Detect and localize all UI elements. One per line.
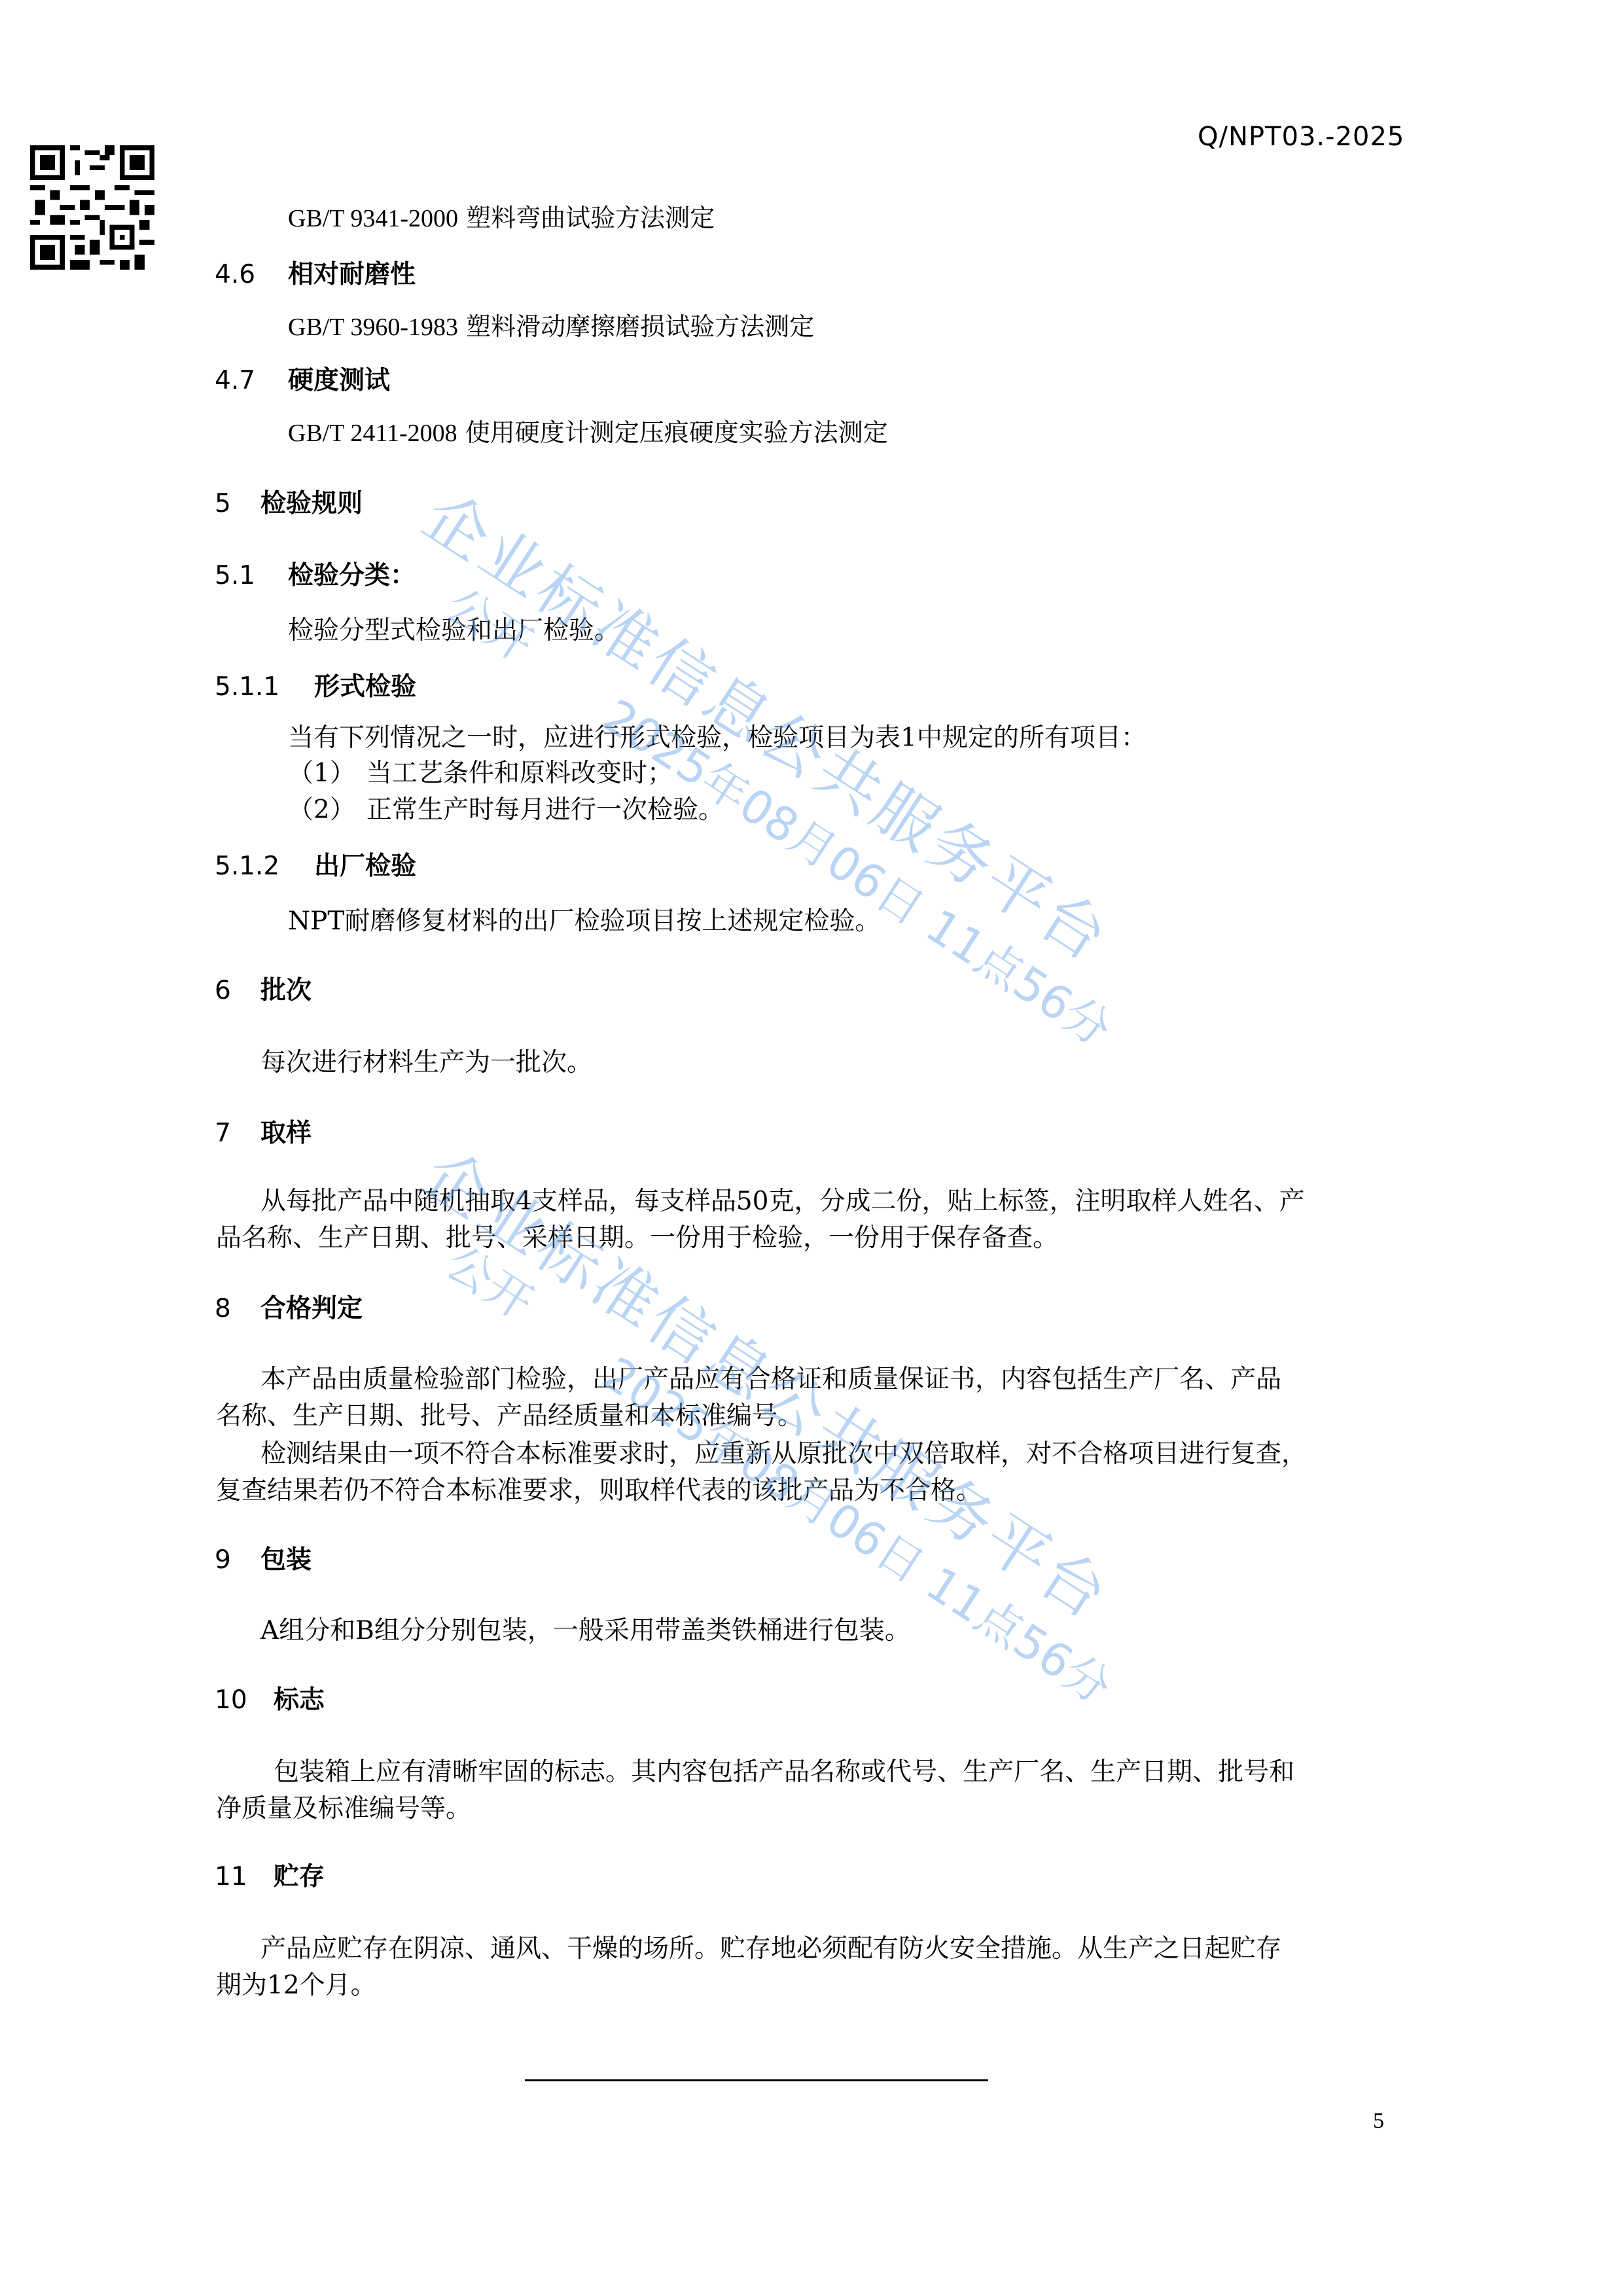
paragraph-line: 检测结果由一项不符合本标准要求时，应重新从原批次中双倍取样，对不合格项目进行复查…	[260, 1433, 1307, 1470]
section-title: 合格判定	[260, 1294, 363, 1323]
section-heading-5-1: 5.1检验分类：	[215, 555, 416, 592]
section-number: 6	[215, 976, 260, 1005]
section-heading-11: 11贮存	[215, 1856, 325, 1893]
page-number: 5	[1373, 2109, 1384, 2134]
section-number: 8	[215, 1294, 260, 1323]
section-heading-5: 5检验规则	[215, 483, 363, 520]
section-title: 硬度测试	[288, 366, 390, 395]
section-heading-9: 9包装	[215, 1539, 312, 1576]
standard-title: 使用硬度计测定压痕硬度实验方法测定	[465, 418, 888, 447]
standard-reference: GB/T 2411-2008 使用硬度计测定压痕硬度实验方法测定	[288, 412, 888, 448]
section-number: 4.7	[215, 366, 288, 395]
list-text: 正常生产时每月进行一次检验。	[366, 795, 724, 825]
paragraph-line: 期为12个月。	[216, 1965, 376, 2001]
paragraph: 每次进行材料生产为一批次。	[260, 1042, 592, 1079]
paragraph-line: 复查结果若仍不符合本标准要求，则取样代表的该批产品为不合格。	[216, 1470, 982, 1507]
section-heading-4-6: 4.6相对耐磨性	[215, 254, 416, 291]
section-heading-5-1-1: 5.1.1形式检验	[215, 666, 416, 703]
standard-reference: GB/T 3960-1983 塑料滑动摩擦磨损试验方法测定	[288, 306, 814, 342]
list-item: （1）当工艺条件和原料改变时；	[288, 753, 673, 789]
end-rule	[525, 2079, 988, 2081]
section-number: 7	[215, 1119, 260, 1148]
section-heading-8: 8合格判定	[215, 1288, 363, 1325]
section-title: 批次	[260, 976, 312, 1005]
section-number: 5.1.2	[215, 852, 314, 881]
section-title: 相对耐磨性	[288, 260, 416, 289]
section-heading-4-7: 4.7硬度测试	[215, 360, 390, 397]
standard-code: GB/T 9341-2000	[288, 205, 458, 232]
section-title: 取样	[260, 1119, 312, 1148]
section-number: 10	[215, 1685, 274, 1715]
standard-code: GB/T 2411-2008	[288, 420, 457, 447]
qr-code-icon	[30, 145, 154, 270]
section-number: 5.1	[215, 561, 288, 590]
standard-title: 塑料弯曲试验方法测定	[466, 204, 715, 232]
section-number: 5.1.1	[215, 672, 314, 702]
section-title: 出厂检验	[314, 852, 416, 881]
standard-title: 塑料滑动摩擦磨损试验方法测定	[466, 312, 814, 341]
section-title: 检验分类：	[288, 561, 416, 590]
paragraph: A组分和B组分分别包装，一般采用带盖类铁桶进行包装。	[260, 1610, 910, 1647]
paragraph-line: 净质量及标准编号等。	[216, 1788, 471, 1825]
section-heading-10: 10标志	[215, 1679, 325, 1716]
paragraph: 检验分型式检验和出厂检验。	[288, 610, 620, 647]
section-title: 形式检验	[314, 672, 416, 702]
section-number: 4.6	[215, 260, 288, 289]
paragraph-line: 名称、生产日期、批号、产品经质量和本标准编号。	[216, 1395, 803, 1432]
section-title: 包装	[260, 1545, 312, 1575]
standard-reference: GB/T 9341-2000 塑料弯曲试验方法测定	[288, 198, 715, 234]
section-number: 11	[215, 1862, 274, 1892]
section-number: 9	[215, 1545, 260, 1575]
list-item: （2）正常生产时每月进行一次检验。	[288, 789, 724, 826]
section-title: 贮存	[274, 1862, 325, 1892]
paragraph-line: 从每批产品中随机抽取4支样品，每支样品50克，分成二份，贴上标签，注明取样人姓名…	[260, 1181, 1304, 1217]
section-heading-7: 7取样	[215, 1113, 312, 1149]
section-heading-5-1-2: 5.1.2出厂检验	[215, 846, 416, 882]
list-text: 当工艺条件和原料改变时；	[366, 759, 673, 788]
paragraph-line: 本产品由质量检验部门检验，出厂产品应有合格证和质量保证书，内容包括生产厂名、产品	[260, 1359, 1281, 1395]
section-title: 标志	[274, 1685, 325, 1715]
paragraph-line: 品名称、生产日期、批号、采样日期。一份用于检验，一份用于保存备查。	[216, 1217, 1058, 1254]
paragraph: NPT耐磨修复材料的出厂检验项目按上述规定检验。	[288, 901, 880, 937]
standard-code: GB/T 3960-1983	[288, 314, 458, 341]
paragraph: 当有下列情况之一时，应进行形式检验，检验项目为表1中规定的所有项目：	[288, 717, 1147, 754]
section-number: 5	[215, 489, 260, 518]
section-heading-6: 6批次	[215, 970, 312, 1007]
section-title: 检验规则	[260, 489, 363, 518]
paragraph-line: 包装箱上应有清晰牢固的标志。其内容包括产品名称或代号、生产厂名、生产日期、批号和	[274, 1751, 1294, 1788]
list-marker: （1）	[288, 753, 366, 789]
paragraph-line: 产品应贮存在阴凉、通风、干燥的场所。贮存地必须配有防火安全措施。从生产之日起贮存	[260, 1928, 1281, 1965]
document-code: Q/NPT03.-2025	[1198, 122, 1404, 152]
list-marker: （2）	[288, 789, 366, 826]
